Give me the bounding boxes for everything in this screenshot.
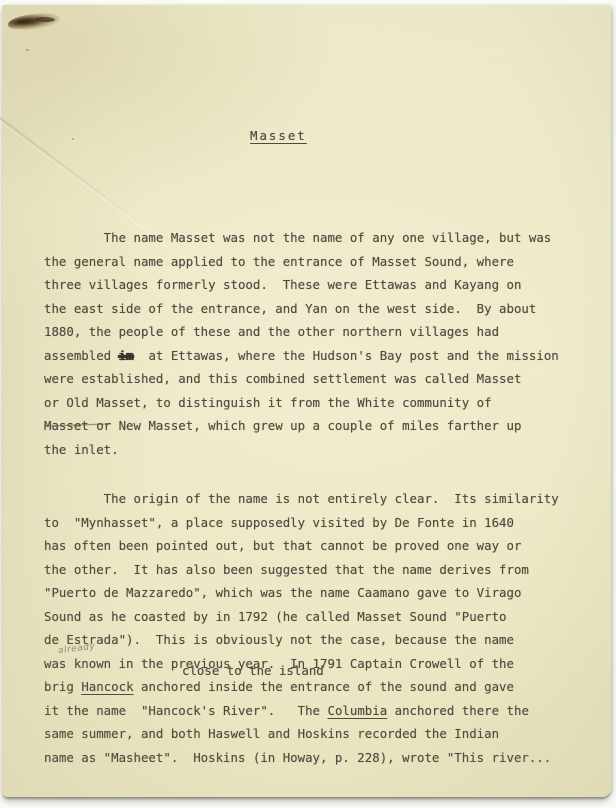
- text-segment: at Ettawas, where the Hudson's Bay post …: [134, 348, 559, 363]
- text-segment: anchored inside the entrance of the soun…: [134, 679, 514, 694]
- typed-line: to "Mynhasset", a place supposedly visit…: [44, 511, 584, 535]
- typed-line: or Old Masset, to distinguish it from th…: [44, 391, 584, 415]
- text-segment: were established, and this combined sett…: [44, 371, 521, 386]
- text-segment: The origin of the name is not entirely c…: [44, 491, 559, 506]
- text-segment: the inlet.: [44, 442, 119, 457]
- text-segment: it the name "Hancock's River". The: [44, 703, 327, 718]
- typed-line: assembled im at Ettawas, where the Hudso…: [44, 344, 584, 368]
- text-segment: New Masset, which grew up a couple of mi…: [111, 418, 521, 433]
- typed-line: has often been pointed out, but that can…: [44, 534, 584, 558]
- text-segment: assembled: [44, 348, 119, 363]
- typed-line: 1880, the people of these and the other …: [44, 320, 584, 344]
- overstruck-word: im: [119, 348, 134, 363]
- text-segment: de Estrada"). This is obviously not the …: [44, 632, 514, 647]
- typed-line: same summer, and both Haswell and Hoskin…: [44, 722, 584, 746]
- page-title-text: Masset: [250, 128, 307, 143]
- paragraph: The name Masset was not the name of any …: [44, 226, 584, 461]
- text-segment: the general name applied to the entrance…: [44, 254, 514, 269]
- text-segment: anchored there the: [387, 703, 529, 718]
- typed-line: it the name "Hancock's River". The Colum…: [44, 699, 584, 723]
- typed-line: brig Hancock anchored inside the entranc…: [44, 675, 584, 699]
- ship-name: Hancock: [81, 679, 133, 694]
- text-segment: same summer, and both Haswell and Hoskin…: [44, 726, 499, 741]
- paper-speck: [26, 49, 29, 51]
- ship-name: Columbia: [327, 703, 387, 718]
- typed-line: The name Masset was not the name of any …: [44, 226, 584, 250]
- text-segment: three villages formerly stood. These wer…: [44, 277, 521, 292]
- typed-line: three villages formerly stood. These wer…: [44, 273, 584, 297]
- text-segment: The name Masset was not the name of any …: [44, 230, 551, 245]
- typed-line: the other. It has also been suggested th…: [44, 558, 584, 582]
- typed-line: the east side of the entrance, and Yan o…: [44, 297, 584, 321]
- pencil-struck-text: Masset or: [44, 418, 111, 433]
- typed-body: The name Masset was not the name of any …: [44, 226, 584, 769]
- typed-line: Masset or New Masset, which grew up a co…: [44, 414, 584, 438]
- text-segment: or Old Masset, to distinguish it from th…: [44, 395, 492, 410]
- page-title: Masset: [44, 124, 584, 148]
- text-segment: name as "Masheet". Hoskins (in Howay, p.…: [44, 750, 551, 765]
- typed-line: "Puerto de Mazzaredo", which was the nam…: [44, 581, 584, 605]
- typed-line: de Estrada"). This is obviously not the …: [44, 628, 584, 652]
- typed-line: The origin of the name is not entirely c…: [44, 487, 584, 511]
- staple-rust-mark: [7, 12, 60, 31]
- text-segment: 1880, the people of these and the other …: [44, 324, 499, 339]
- typed-content: Masset The name Masset was not the name …: [44, 77, 584, 808]
- typed-line: the general name applied to the entrance…: [44, 250, 584, 274]
- paragraph: The origin of the name is not entirely c…: [44, 487, 584, 769]
- text-segment: has often been pointed out, but that can…: [44, 538, 521, 553]
- text-segment: Sound as he coasted by in 1792 (he calle…: [44, 609, 507, 624]
- text-segment: the other. It has also been suggested th…: [44, 562, 529, 577]
- text-segment: brig: [44, 679, 81, 694]
- scan-background: Masset The name Masset was not the name …: [0, 0, 616, 808]
- document-page: Masset The name Masset was not the name …: [2, 5, 611, 797]
- typed-line: were established, and this combined sett…: [44, 367, 584, 391]
- text-segment: "Puerto de Mazzaredo", which was the nam…: [44, 585, 521, 600]
- typed-line: name as "Masheet". Hoskins (in Howay, p.…: [44, 746, 584, 770]
- text-segment: to "Mynhasset", a place supposedly visit…: [44, 515, 514, 530]
- typed-line: Sound as he coasted by in 1792 (he calle…: [44, 605, 584, 629]
- typed-line: the inlet.: [44, 438, 584, 462]
- text-segment: the east side of the entrance, and Yan o…: [44, 301, 536, 316]
